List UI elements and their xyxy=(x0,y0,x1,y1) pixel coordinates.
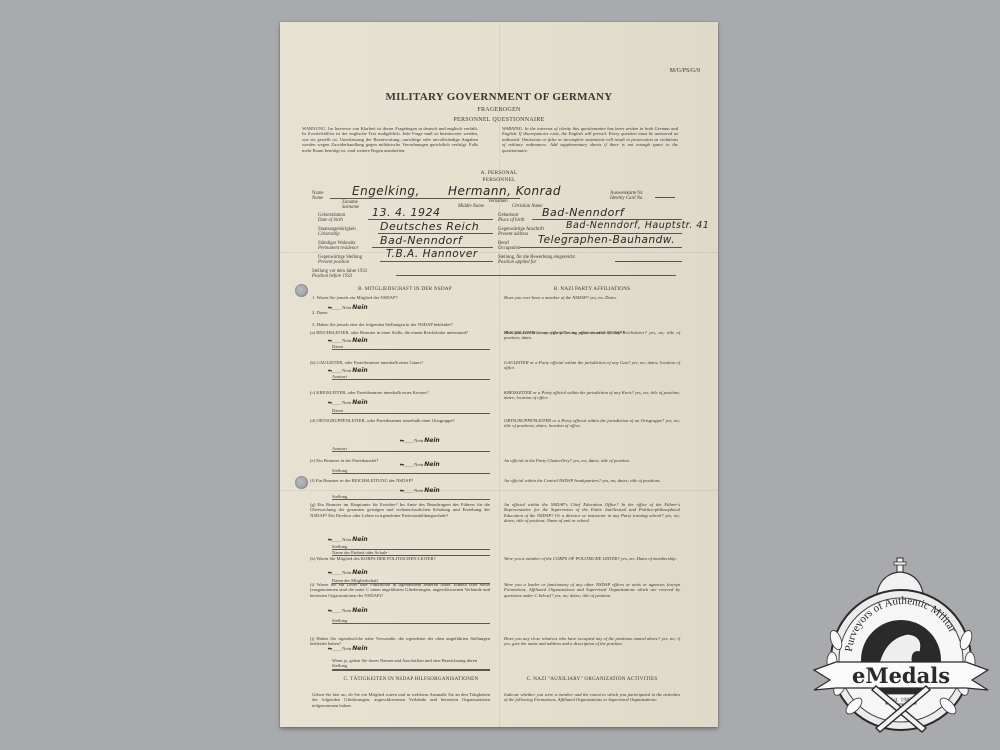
section-b-heading-en: B. NAZI PARTY AFFILIATIONS xyxy=(502,286,682,292)
section-b-heading-de: B. MITGLIEDSCHAFT IN DER NSDAP xyxy=(310,286,500,292)
handwritten-nein: Nein xyxy=(352,536,367,543)
label-position-before-1933: Stellung vor dem Jahre 1933Position befo… xyxy=(312,269,367,280)
handwritten-nein: Nein xyxy=(352,645,367,652)
field-label-amtsort: Amtsort xyxy=(332,446,490,452)
document-title: MILITARY GOVERNMENT OF GERMANY xyxy=(280,91,718,103)
answer-ja-struck: Ja xyxy=(400,438,404,443)
section-a-heading-de: PERSONNEL xyxy=(280,177,718,183)
question-en: Have you ever been a member of the NSDAP… xyxy=(504,295,680,300)
answer-nein-label: Nein xyxy=(414,438,423,443)
divider xyxy=(332,670,490,671)
answer-row: Ja____ Nein Nein xyxy=(328,570,368,575)
field-date-of-birth: 13. 4. 1924 xyxy=(372,206,440,219)
subtitle-de: FRAGEBOGEN xyxy=(280,107,718,113)
warning-en: WARNING. In the interests of clarity thi… xyxy=(502,126,678,153)
handwritten-nein: Nein xyxy=(352,367,367,374)
field-christian-name: Hermann, Konrad xyxy=(448,184,561,198)
label-occupation: BerufOccupation xyxy=(498,241,520,252)
question-en: Have you any close relatives who have oc… xyxy=(504,636,680,647)
brand-name: eMedals xyxy=(852,663,950,688)
answer-ja-struck: Ja xyxy=(400,488,404,493)
punch-hole xyxy=(295,476,308,489)
handwritten-nein: Nein xyxy=(352,304,367,311)
answer-row: Ja____ Nein Nein xyxy=(328,338,368,343)
warning-de: WARNUNG. Im Interesse von Klarheit ist d… xyxy=(302,126,478,153)
answer-ja-struck: Ja xyxy=(328,368,332,373)
subtitle-en: PERSONNEL QUESTIONNAIRE xyxy=(280,117,718,123)
answer-nein-label: Nein xyxy=(342,537,351,542)
question-en: Were you a member of the CORPS OF POLITI… xyxy=(504,556,680,561)
answer-nein-label: Nein xyxy=(414,488,423,493)
label-position-applied: Stellung, für die Bewerbung eingereichtP… xyxy=(498,255,575,266)
field-label-einheit: Name der Einheit oder Schule xyxy=(332,550,490,556)
label-vorname: Vornamen xyxy=(488,199,508,204)
answer-ja-struck: Ja xyxy=(328,646,332,651)
label-pob: GeburtsortPlace of birth xyxy=(498,213,524,224)
section-c-text-en: Indicate whether you were a member and t… xyxy=(504,692,680,703)
underline xyxy=(520,247,682,248)
underline xyxy=(396,275,676,276)
question-de: 3. Haben Sie jemals eine der folgenden S… xyxy=(312,322,492,327)
field-present-address: Bad-Nenndorf, Hauptstr. 41 xyxy=(566,220,709,231)
question-en: ORTSGRUPPENLEITER or a Party official wi… xyxy=(504,418,680,429)
section-c-heading-de: C. TÄTIGKEITEN IN NSDAP HILFSORGANISATIO… xyxy=(332,676,490,682)
section-c-text-de: Geben Sie hier an, ob Sie ein Mitglied w… xyxy=(312,692,490,708)
handwritten-nein: Nein xyxy=(352,399,367,406)
field-surname: Engelking, xyxy=(352,184,420,198)
emedals-seal-icon: Purveyors of Authentic Militaria eMedals… xyxy=(812,540,990,740)
question-en: An official in the Party Chancellery? ye… xyxy=(504,458,680,463)
question-en: An official within the Central NSDAP hea… xyxy=(504,478,680,483)
answer-ja-struck: Ja xyxy=(328,608,332,613)
field-occupation: Telegraphen-Bauhandw. xyxy=(538,234,675,246)
question-de: (i) Waren Sie ein Leiter oder Funktionär… xyxy=(310,582,490,598)
question-de: (f) Ein Beamter in der REICHSLEITUNG der… xyxy=(310,478,490,483)
underline xyxy=(655,197,675,198)
field-label-amtsort: Amtsort xyxy=(332,374,490,380)
answer-nein-label: Nein xyxy=(342,608,351,613)
question-en: Were you a leader or functionary of any … xyxy=(504,582,680,598)
paper-vertical-fold xyxy=(499,22,500,727)
handwritten-nein: Nein xyxy=(424,461,439,468)
answer-row: Ja____ Nein Nein xyxy=(400,438,440,443)
answer-ja-struck: Ja xyxy=(328,570,332,575)
answer-ja-struck: Ja xyxy=(328,305,332,310)
answer-nein-label: Nein xyxy=(342,305,351,310)
question-de: (j) Haben Sie irgendwelche nahe Verwandt… xyxy=(310,636,490,647)
answer-nein-label: Nein xyxy=(342,570,351,575)
answer-row: Ja____ Nein Nein xyxy=(328,608,368,613)
answer-row: Ja____ Nein Nein xyxy=(328,305,368,310)
question-en: KREISLEITER or a Party official within t… xyxy=(504,390,680,401)
field-place-of-birth: Bad-Nenndorf xyxy=(542,206,624,219)
handwritten-nein: Nein xyxy=(352,337,367,344)
answer-nein-label: Nein xyxy=(342,646,351,651)
question-de: (h) Waren Sie Mitglied des KORPS DER POL… xyxy=(310,556,490,561)
field-label-stellung: Stellung xyxy=(332,618,490,624)
emedals-watermark-logo: Purveyors of Authentic Militaria eMedals… xyxy=(812,540,990,740)
field-label-daten: Daten xyxy=(332,408,490,414)
handwritten-nein: Nein xyxy=(424,487,439,494)
label-name: NameName xyxy=(312,191,323,202)
questionnaire-document: M/G/PS/G/9 MILITARY GOVERNMENT OF GERMAN… xyxy=(280,22,718,727)
label-citizenship: StaatsangehörigkeitCitizenship xyxy=(318,227,356,238)
answer-ja-struck: Ja xyxy=(400,462,404,467)
question-de: (d) ORTSGRUPPENLEITER, oder Parteibeamte… xyxy=(310,418,490,423)
answer-row: Ja____ Nein Nein xyxy=(400,462,440,467)
answer-nein-label: Nein xyxy=(342,400,351,405)
handwritten-nein: Nein xyxy=(424,437,439,444)
answer-row: Ja____ Nein Nein xyxy=(328,400,368,405)
answer-row: Ja____ Nein Nein xyxy=(328,368,368,373)
field-present-position: T.B.A. Hannover xyxy=(386,248,478,260)
question-de: (g) Ein Beamter im Hauptamte für Erziehe… xyxy=(310,502,490,518)
underline xyxy=(615,261,682,262)
label-christian-name: Christian Name xyxy=(512,204,543,209)
form-number: M/G/PS/G/9 xyxy=(670,68,700,74)
answer-nein-label: Nein xyxy=(342,338,351,343)
field-label-wenn_ja: Wenn ja, geben Sie deren Namen und Ansch… xyxy=(332,658,490,670)
section-a-heading: A. PERSONAL xyxy=(280,170,718,176)
answer-ja-struck: Ja xyxy=(328,400,332,405)
question-en: REICHSLEITER or an official in an office… xyxy=(504,330,680,341)
question-en: GAULEITER or a Party official within the… xyxy=(504,360,680,371)
field-label-stellung: Stellung xyxy=(332,494,490,500)
answer-row: Ja____ Nein Nein xyxy=(328,537,368,542)
label-present-position: Gegenwärtige StellungPresent position xyxy=(318,255,362,266)
label-permanent-residence: Ständiger WohnsitzPermanent residence xyxy=(318,241,358,252)
question-de: (b) GAULEITER, oder Parteibeamter innerh… xyxy=(310,360,490,365)
answer-ja-struck: Ja xyxy=(328,338,332,343)
label-surname: ZunameSurname xyxy=(342,200,359,211)
field-label-mitglied: Daten der Mitgliedschaft xyxy=(332,578,490,584)
answer-nein-label: Nein xyxy=(414,462,423,467)
answer-nein-label: Nein xyxy=(342,368,351,373)
label-identity-card: Ausweiskarte Nr.Identity Card No. xyxy=(610,191,644,202)
field-label-stellung: Stellung xyxy=(332,468,490,474)
answer-ja-struck: Ja xyxy=(328,537,332,542)
label-middle-name: Middle Name xyxy=(458,204,484,209)
label-dob: GeburtsdatumDate of birth xyxy=(318,213,345,224)
question-en: An official within the NSDAP's Chief Edu… xyxy=(504,502,680,523)
handwritten-nein: Nein xyxy=(352,607,367,614)
handwritten-nein: Nein xyxy=(352,569,367,576)
answer-row: Ja____ Nein Nein xyxy=(328,646,368,651)
question-de: (c) KREISLEITER, oder Parteibeamter inne… xyxy=(310,390,490,395)
punch-hole xyxy=(295,284,308,297)
field-label-daten: Daten xyxy=(332,344,490,350)
field-permanent-residence: Bad-Nenndorf xyxy=(380,234,462,247)
section-c-heading-en: C. NAZI "AUXILIARY" ORGANIZATION ACTIVIT… xyxy=(502,676,682,682)
question-de: 2. Daten xyxy=(312,310,492,315)
question-de: (a) REICHSLEITER, oder Beamter in einer … xyxy=(310,330,490,335)
answer-row: Ja____ Nein Nein xyxy=(400,488,440,493)
underline xyxy=(380,261,493,262)
question-de: 1. Waren Sie jemals ein Mitglied der NSD… xyxy=(312,295,492,300)
field-citizenship: Deutsches Reich xyxy=(380,220,479,233)
